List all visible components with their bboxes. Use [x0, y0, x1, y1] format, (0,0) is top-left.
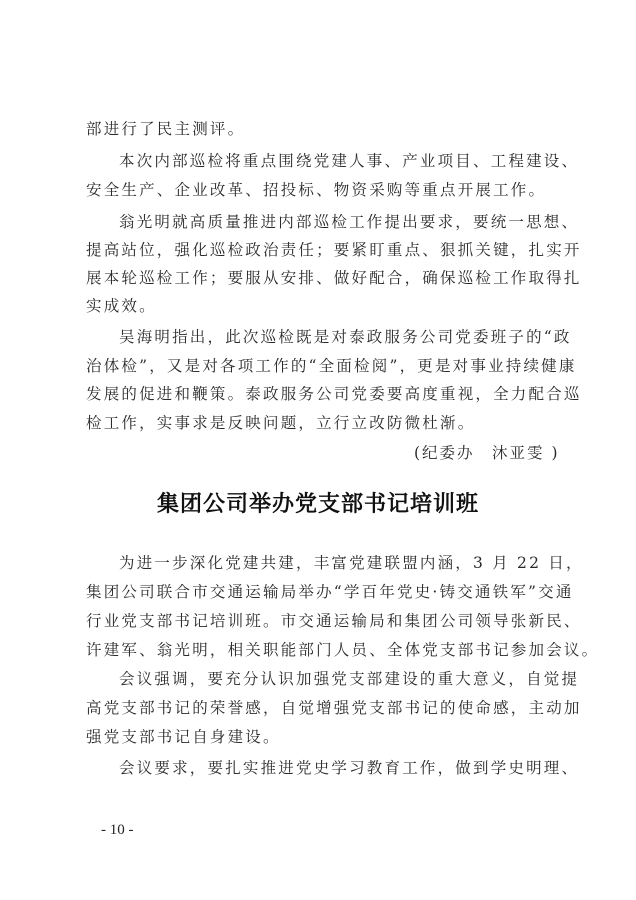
author-signature: (纪委办 沐亚雯 )	[414, 441, 560, 463]
paragraph-line: 会议要求，要扎实推进党史学习教育工作，做到学史明理、	[119, 758, 589, 778]
paragraph-line: 发展的促进和鞭策。泰政服务公司党委要高度重视，全力配合巡	[86, 384, 556, 404]
paragraph-line: 集团公司联合市交通运输局举办“学百年党史·铸交通铁军”交通	[86, 582, 556, 602]
article-title: 集团公司举办党支部书记培训班	[0, 487, 636, 518]
paragraph-line: 检工作，实事求是反映问题，立行立改防微杜渐。	[86, 413, 556, 433]
paragraph-line: 许建军、翁光明，相关职能部门人员、全体党支部书记参加会议。	[86, 640, 556, 660]
paragraph-line: 翁光明就高质量推进内部巡检工作提出要求，要统一思想、	[119, 212, 589, 232]
paragraph-line: 本次内部巡检将重点围绕党建人事、产业项目、工程建设、	[119, 151, 589, 171]
paragraph-line: 强党支部书记自身建设。	[86, 727, 556, 747]
paragraph-line: 治体检”，又是对各项工作的“全面检阅”，更是对事业持续健康	[86, 356, 556, 376]
paragraph-line: 部进行了民主测评。	[86, 119, 556, 139]
paragraph-line: 会议强调，要充分认识加强党支部建设的重大意义，自觉提	[119, 669, 589, 689]
paragraph-line: 行业党支部书记培训班。市交通运输局和集团公司领导张新民、	[86, 611, 556, 631]
paragraph-line: 展本轮巡检工作；要服从安排、做好配合，确保巡检工作取得扎	[86, 268, 556, 288]
paragraph-line: 吴海明指出，此次巡检既是对泰政服务公司党委班子的“政	[119, 327, 589, 347]
paragraph-line: 提高站位，强化巡检政治责任；要紧盯重点、狠抓关键，扎实开	[86, 240, 556, 260]
paragraph-line: 为进一步深化党建共建，丰富党建联盟内涵，3 月 22 日，	[119, 553, 589, 573]
document-page: 部进行了民主测评。 本次内部巡检将重点围绕党建人事、产业项目、工程建设、 安全生…	[0, 0, 636, 900]
paragraph-line: 实成效。	[86, 296, 556, 316]
paragraph-line: 安全生产、企业改革、招投标、物资采购等重点开展工作。	[86, 180, 556, 200]
page-number: - 10 -	[101, 822, 134, 839]
paragraph-line: 高党支部书记的荣誉感，自觉增强党支部书记的使命感，主动加	[86, 698, 556, 718]
